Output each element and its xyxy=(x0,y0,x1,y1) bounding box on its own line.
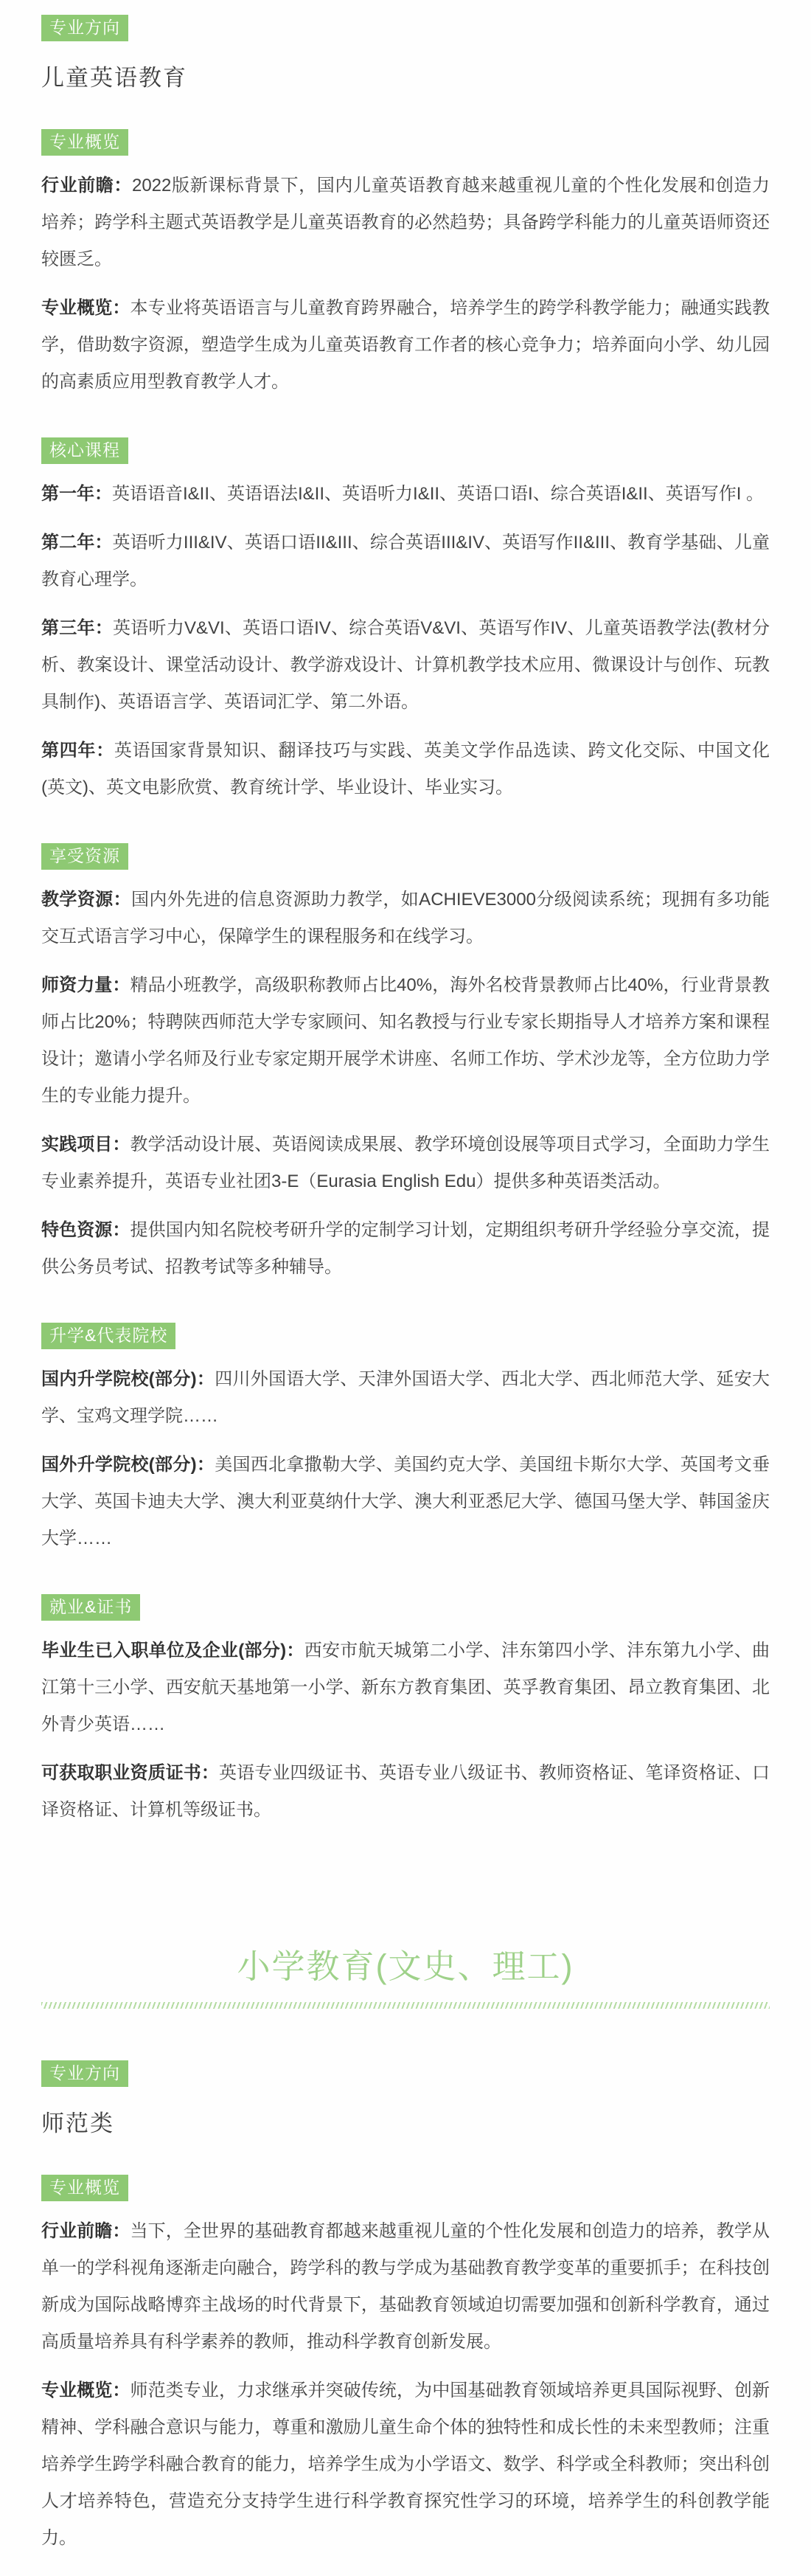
paragraph: 教学资源：国内外先进的信息资源助力教学，如ACHIEVE3000分级阅读系统；现… xyxy=(41,882,770,955)
paragraph-label: 行业前瞻： xyxy=(41,176,132,195)
paragraph: 行业前瞻：2022版新课标背景下，国内儿童英语教育越来越重视儿童的个性化发展和创… xyxy=(41,167,770,278)
paragraph-text: 英语国家背景知识、翻译技巧与实践、英美文学作品选读、跨文化交际、中国文化(英文)… xyxy=(41,741,770,797)
direction-badge-row: 专业方向 xyxy=(41,15,770,41)
program-title: 师范类 xyxy=(41,2105,770,2138)
paragraph-text: 教学活动设计展、英语阅读成果展、教学环境创设展等项目式学习，全面助力学生专业素养… xyxy=(41,1135,770,1191)
paragraph: 专业概览：本专业将英语语言与儿童教育跨界融合，培养学生的跨学科教学能力；融通实践… xyxy=(41,290,770,401)
paragraph: 第一年：英语语音I&II、英语语法I&II、英语听力I&II、英语口语I、综合英… xyxy=(41,476,770,513)
section-badge: 就业&证书 xyxy=(41,1594,140,1621)
paragraph-label: 第一年： xyxy=(41,484,112,504)
paragraph-text: 英语听力III&IV、英语口语II&III、综合英语III&IV、英语写作II&… xyxy=(41,533,770,589)
section-divider: 小学教育(文史、理工) xyxy=(41,1939,770,2009)
paragraph: 国内升学院校(部分)：四川外国语大学、天津外国语大学、西北大学、西北师范大学、延… xyxy=(41,1361,770,1435)
paragraph: 第三年：英语听力V&VI、英语口语IV、综合英语V&VI、英语写作IV、儿童英语… xyxy=(41,610,770,721)
paragraph: 实践项目：教学活动设计展、英语阅读成果展、教学环境创设展等项目式学习，全面助力学… xyxy=(41,1126,770,1200)
paragraph-text: 当下，全世界的基础教育都越来越重视儿童的个性化发展和创造力的培养，教学从单一的学… xyxy=(41,2221,770,2352)
section-badge: 升学&代表院校 xyxy=(41,1323,175,1349)
section-badge: 核心课程 xyxy=(41,437,128,464)
paragraph: 专业概览：师范类专业，力求继承并突破传统，为中国基础教育领域培养更具国际视野、创… xyxy=(41,2372,770,2557)
paragraph-label: 专业概览： xyxy=(41,298,130,318)
paragraph-text: 英语语音I&II、英语语法I&II、英语听力I&II、英语口语I、综合英语I&I… xyxy=(112,484,764,504)
paragraph: 国外升学院校(部分)：美国西北拿撒勒大学、美国约克大学、美国纽卡斯尔大学、英国考… xyxy=(41,1447,770,1557)
paragraph-text: 精品小班教学，高级职称教师占比40%，海外名校背景教师占比40%，行业背景教师占… xyxy=(41,975,770,1106)
program-title: 儿童英语教育 xyxy=(41,59,770,92)
paragraph: 毕业生已入职单位及企业(部分)：西安市航天城第二小学、沣东第四小学、沣东第九小学… xyxy=(41,1632,770,1743)
paragraph: 师资力量：精品小班教学，高级职称教师占比40%，海外名校背景教师占比40%，行业… xyxy=(41,967,770,1115)
paragraph-text: 2022版新课标背景下，国内儿童英语教育越来越重视儿童的个性化发展和创造力培养；… xyxy=(41,176,770,269)
paragraph-text: 本专业将英语语言与儿童教育跨界融合，培养学生的跨学科教学能力；融通实践教学，借助… xyxy=(41,298,770,392)
paragraph-label: 专业概览： xyxy=(41,2381,130,2400)
section-badge: 专业概览 xyxy=(41,2175,128,2201)
paragraph-label: 师资力量： xyxy=(41,975,130,995)
paragraph: 第四年：英语国家背景知识、翻译技巧与实践、英美文学作品选读、跨文化交际、中国文化… xyxy=(41,733,770,806)
paragraph-text: 提供国内知名院校考研升学的定制学习计划，定期组织考研升学经验分享交流，提供公务员… xyxy=(41,1220,770,1277)
group-resources: 享受资源 教学资源：国内外先进的信息资源助力教学，如ACHIEVE3000分级阅… xyxy=(41,843,770,1286)
paragraph: 可获取职业资质证书：英语专业四级证书、英语专业八级证书、教师资格证、笔译资格证、… xyxy=(41,1755,770,1829)
program-section-children-english: 专业方向 儿童英语教育 专业概览 行业前瞻：2022版新课标背景下，国内儿童英语… xyxy=(41,15,770,1829)
section-badge: 享受资源 xyxy=(41,843,128,870)
paragraph: 行业前瞻：当下，全世界的基础教育都越来越重视儿童的个性化发展和创造力的培养，教学… xyxy=(41,2213,770,2361)
divider-title: 小学教育(文史、理工) xyxy=(41,1939,770,1987)
paragraph-label: 可获取职业资质证书： xyxy=(41,1763,219,1783)
paragraph-text: 师范类专业，力求继承并突破传统，为中国基础教育领域培养更具国际视野、创新精神、学… xyxy=(41,2381,770,2548)
direction-badge-row: 专业方向 xyxy=(41,2060,770,2087)
group-overview: 专业概览 行业前瞻：2022版新课标背景下，国内儿童英语教育越来越重视儿童的个性… xyxy=(41,129,770,401)
paragraph-label: 第三年： xyxy=(41,618,113,638)
paragraph-label: 行业前瞻： xyxy=(41,2221,130,2241)
section-badge: 专业概览 xyxy=(41,129,128,156)
direction-badge: 专业方向 xyxy=(41,2060,128,2087)
program-section-normal-education: 专业方向 师范类 专业概览 行业前瞻：当下，全世界的基础教育都越来越重视儿童的个… xyxy=(41,2060,770,2557)
brochure-page: 专业方向 儿童英语教育 专业概览 行业前瞻：2022版新课标背景下，国内儿童英语… xyxy=(0,0,811,2576)
paragraph-label: 实践项目： xyxy=(41,1135,130,1154)
paragraph-label: 国外升学院校(部分)： xyxy=(41,1455,215,1475)
group-overview: 专业概览 行业前瞻：当下，全世界的基础教育都越来越重视儿童的个性化发展和创造力的… xyxy=(41,2175,770,2557)
group-core-courses: 核心课程 第一年：英语语音I&II、英语语法I&II、英语听力I&II、英语口语… xyxy=(41,437,770,806)
paragraph: 特色资源：提供国内知名院校考研升学的定制学习计划，定期组织考研升学经验分享交流，… xyxy=(41,1212,770,1286)
group-further-study: 升学&代表院校 国内升学院校(部分)：四川外国语大学、天津外国语大学、西北大学、… xyxy=(41,1323,770,1557)
paragraph-label: 第四年： xyxy=(41,741,114,761)
divider-hatch-rule xyxy=(41,2002,770,2009)
paragraph: 第二年：英语听力III&IV、英语口语II&III、综合英语III&IV、英语写… xyxy=(41,524,770,598)
paragraph-label: 第二年： xyxy=(41,533,112,553)
paragraph-label: 特色资源： xyxy=(41,1220,130,1240)
direction-badge: 专业方向 xyxy=(41,15,128,41)
paragraph-label: 教学资源： xyxy=(41,890,131,910)
paragraph-text: 英语听力V&VI、英语口语IV、综合英语V&VI、英语写作IV、儿童英语教学法(… xyxy=(41,618,770,712)
paragraph-text: 国内外先进的信息资源助力教学，如ACHIEVE3000分级阅读系统；现拥有多功能… xyxy=(41,890,770,946)
group-employment-certificates: 就业&证书 毕业生已入职单位及企业(部分)：西安市航天城第二小学、沣东第四小学、… xyxy=(41,1594,770,1829)
paragraph-label: 毕业生已入职单位及企业(部分)： xyxy=(41,1641,304,1661)
paragraph-label: 国内升学院校(部分)： xyxy=(41,1369,215,1389)
